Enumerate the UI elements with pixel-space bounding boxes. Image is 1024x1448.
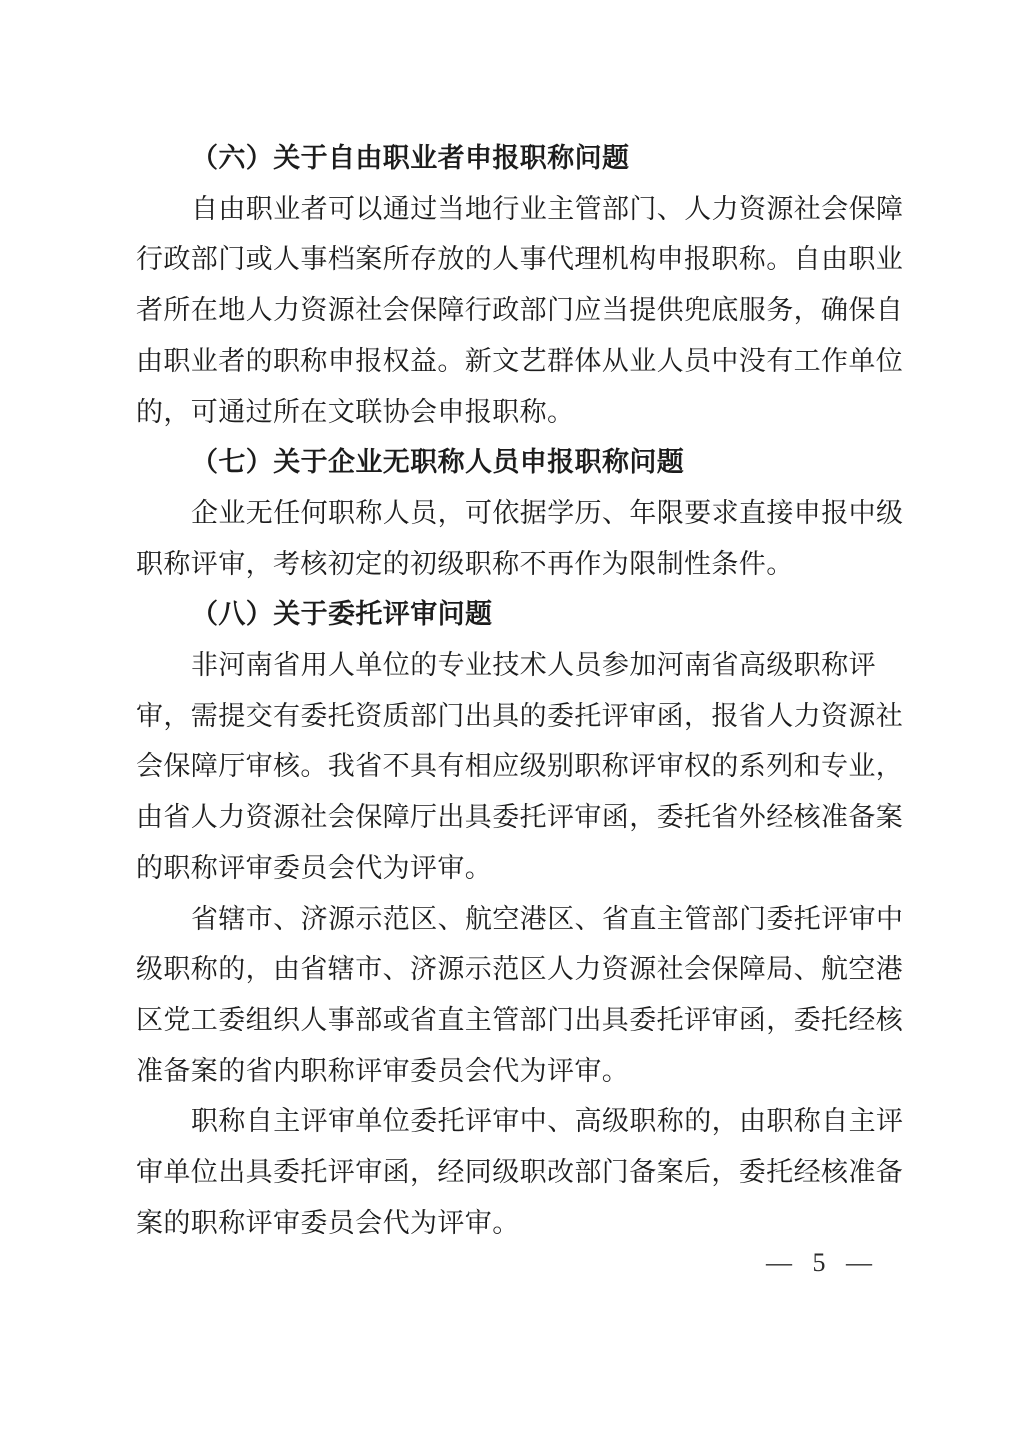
text-line: 审单位出具委托评审函，经同级职改部门备案后，委托经核准备 (136, 1147, 908, 1198)
text-line: 审，需提交有委托资质部门出具的委托评审函，报省人力资源社 (136, 691, 908, 742)
paragraph: 非河南省用人单位的专业技术人员参加河南省高级职称评 审，需提交有委托资质部门出具… (136, 640, 908, 894)
text-line: 准备案的省内职称评审委员会代为评审。 (136, 1046, 908, 1097)
section-heading: （七）关于企业无职称人员申报职称问题 (136, 437, 908, 488)
text-line: 企业无任何职称人员，可依据学历、年限要求直接申报中级 (136, 488, 908, 539)
document-page: （六）关于自由职业者申报职称问题 自由职业者可以通过当地行业主管部门、人力资源社… (0, 0, 1024, 1448)
paragraph: 省辖市、济源示范区、航空港区、省直主管部门委托评审中 级职称的，由省辖市、济源示… (136, 894, 908, 1097)
paragraph: 职称自主评审单位委托评审中、高级职称的，由职称自主评 审单位出具委托评审函，经同… (136, 1096, 908, 1248)
text-line: 者所在地人力资源社会保障行政部门应当提供兜底服务，确保自 (136, 285, 908, 336)
text-line: 省辖市、济源示范区、航空港区、省直主管部门委托评审中 (136, 894, 908, 945)
text-line: 会保障厅审核。我省不具有相应级别职称评审权的系列和专业， (136, 741, 908, 792)
page-number: — 5 — (766, 1241, 873, 1285)
text-line: 行政部门或人事档案所存放的人事代理机构申报职称。自由职业 (136, 234, 908, 285)
section-heading: （八）关于委托评审问题 (136, 589, 908, 640)
paragraph: 自由职业者可以通过当地行业主管部门、人力资源社会保障 行政部门或人事档案所存放的… (136, 184, 908, 438)
text-line: 自由职业者可以通过当地行业主管部门、人力资源社会保障 (136, 184, 908, 235)
text-line: 职称评审，考核初定的初级职称不再作为限制性条件。 (136, 539, 908, 590)
text-line: 非河南省用人单位的专业技术人员参加河南省高级职称评 (136, 640, 908, 691)
text-line: 职称自主评审单位委托评审中、高级职称的，由职称自主评 (136, 1096, 908, 1147)
text-line: 的职称评审委员会代为评审。 (136, 843, 908, 894)
paragraph: 企业无任何职称人员，可依据学历、年限要求直接申报中级 职称评审，考核初定的初级职… (136, 488, 908, 589)
text-line: 由省人力资源社会保障厅出具委托评审函，委托省外经核准备案 (136, 792, 908, 843)
text-line: 区党工委组织人事部或省直主管部门出具委托评审函，委托经核 (136, 995, 908, 1046)
text-line: 由职业者的职称申报权益。新文艺群体从业人员中没有工作单位 (136, 336, 908, 387)
document-body: （六）关于自由职业者申报职称问题 自由职业者可以通过当地行业主管部门、人力资源社… (136, 133, 908, 1248)
section-heading: （六）关于自由职业者申报职称问题 (136, 133, 908, 184)
text-line: 级职称的，由省辖市、济源示范区人力资源社会保障局、航空港 (136, 944, 908, 995)
text-line: 的，可通过所在文联协会申报职称。 (136, 387, 908, 438)
